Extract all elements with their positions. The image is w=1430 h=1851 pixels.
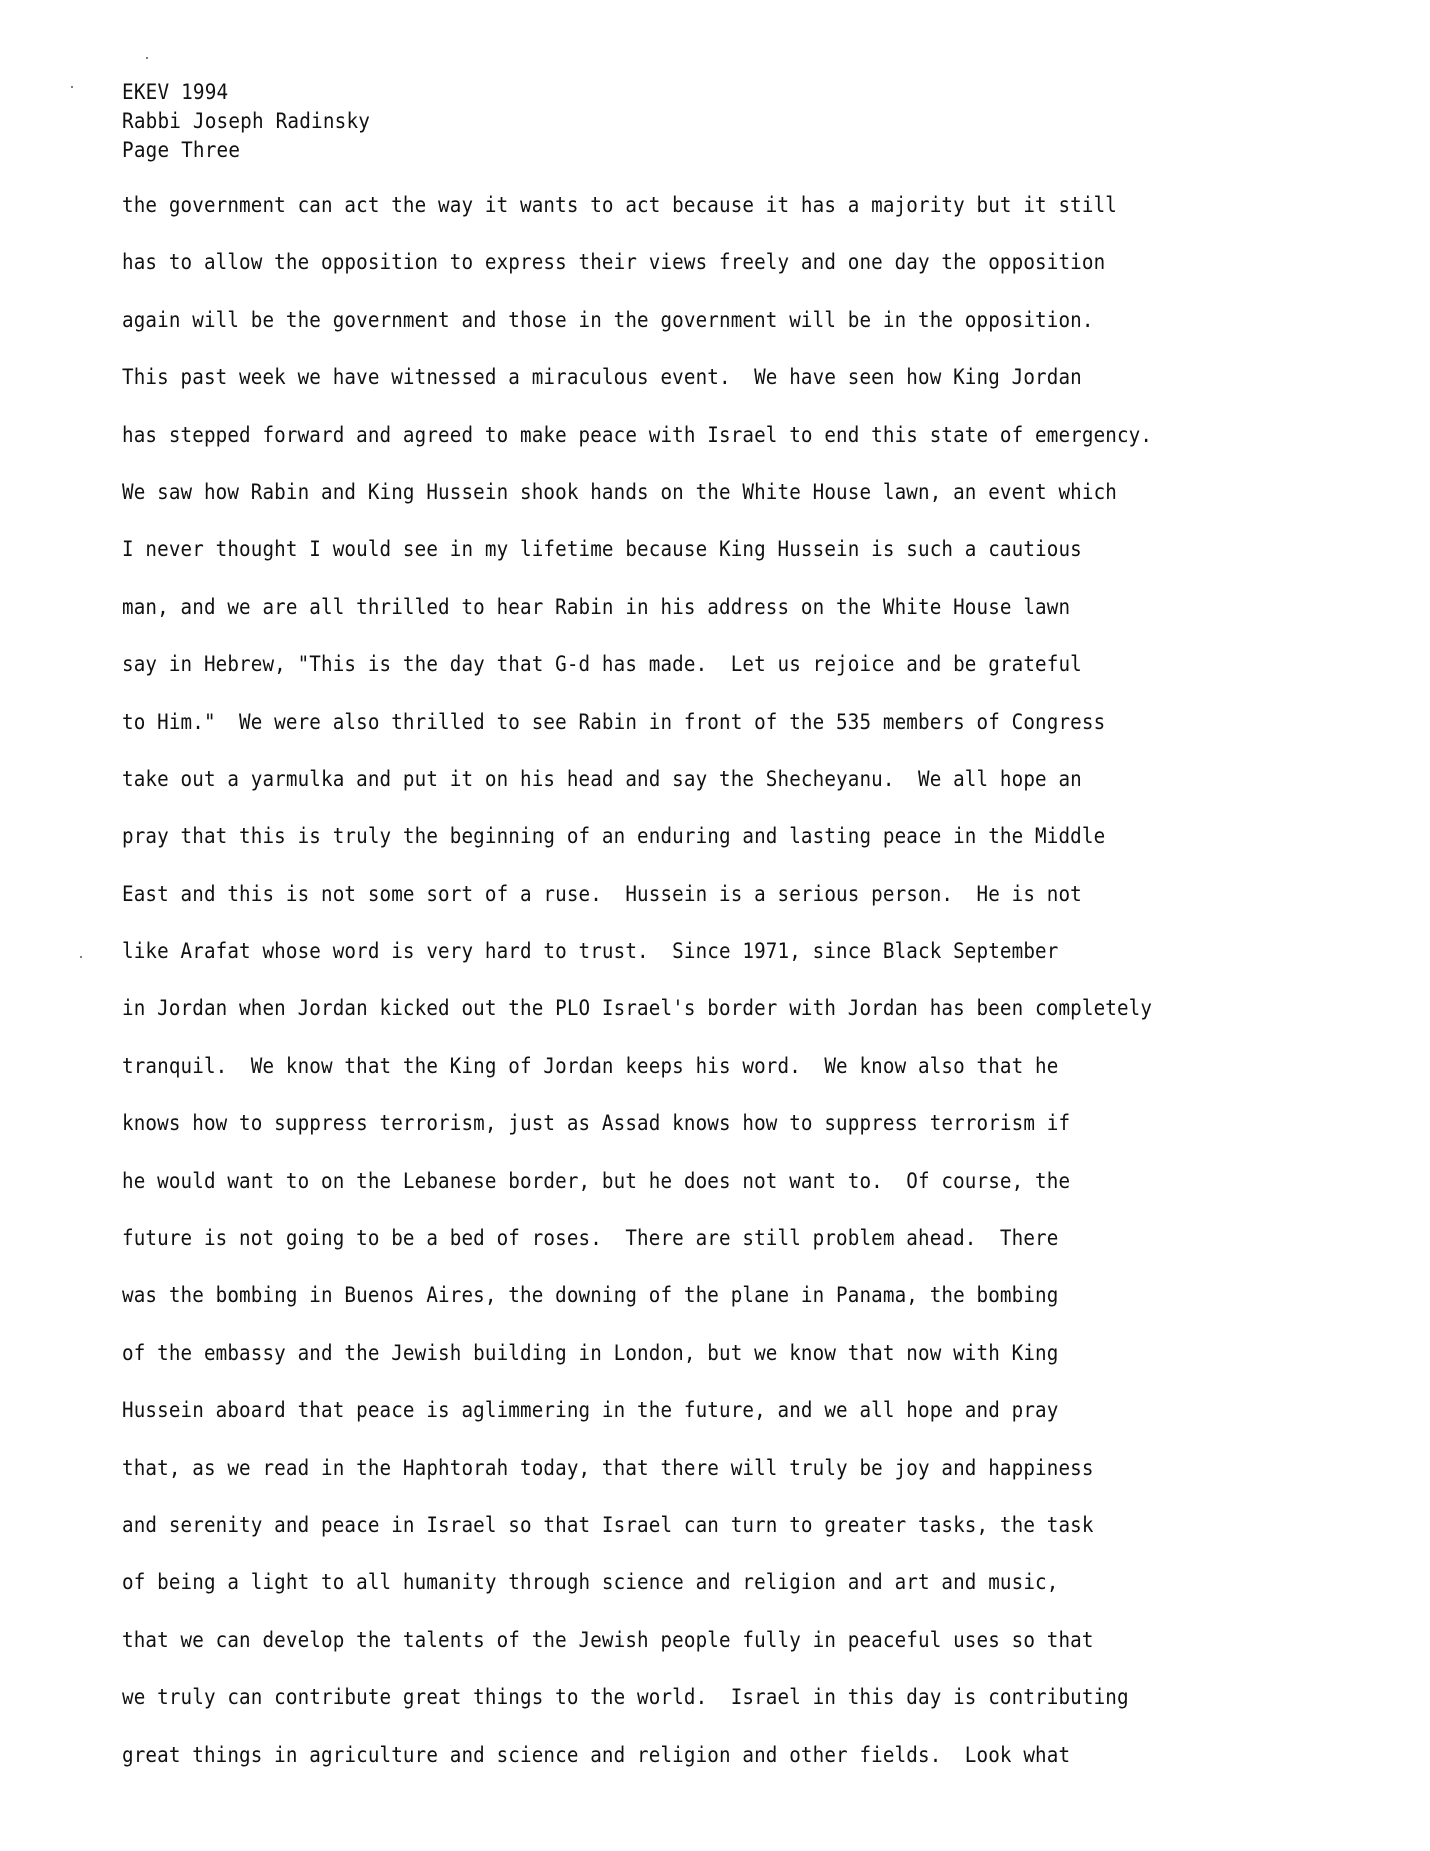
text-line: we truly can contribute great things to …	[122, 1682, 1312, 1739]
text-line: I never thought I would see in my lifeti…	[122, 534, 1312, 591]
text-line: of the embassy and the Jewish building i…	[122, 1338, 1312, 1395]
text-line: that we can develop the talents of the J…	[122, 1625, 1312, 1682]
text-line: say in Hebrew, "This is the day that G-d…	[122, 649, 1312, 706]
text-line: man, and we are all thrilled to hear Rab…	[122, 592, 1312, 649]
text-line: in Jordan when Jordan kicked out the PLO…	[122, 993, 1312, 1050]
text-line: that, as we read in the Haphtorah today,…	[122, 1453, 1312, 1510]
text-line: the government can act the way it wants …	[122, 190, 1312, 247]
text-line: great things in agriculture and science …	[122, 1740, 1312, 1797]
text-line: Hussein aboard that peace is aglimmering…	[122, 1395, 1312, 1452]
text-line: and serenity and peace in Israel so that…	[122, 1510, 1312, 1567]
scan-speck	[80, 956, 82, 958]
document-page: EKEV 1994 Rabbi Joseph Radinsky Page Thr…	[0, 0, 1430, 1851]
text-line: he would want to on the Lebanese border,…	[122, 1166, 1312, 1223]
text-line: knows how to suppress terrorism, just as…	[122, 1108, 1312, 1165]
text-line: pray that this is truly the beginning of…	[122, 821, 1312, 878]
text-line: was the bombing in Buenos Aires, the dow…	[122, 1280, 1312, 1337]
text-line: has to allow the opposition to express t…	[122, 247, 1312, 304]
text-line: take out a yarmulka and put it on his he…	[122, 764, 1312, 821]
text-line: has stepped forward and agreed to make p…	[122, 420, 1312, 477]
text-line: future is not going to be a bed of roses…	[122, 1223, 1312, 1280]
document-body: the government can act the way it wants …	[122, 190, 1422, 1797]
header-author: Rabbi Joseph Radinsky	[122, 107, 370, 136]
scan-speck	[71, 86, 73, 88]
text-line: tranquil. We know that the King of Jorda…	[122, 1051, 1312, 1108]
text-line: like Arafat whose word is very hard to t…	[122, 936, 1312, 993]
header-title: EKEV 1994	[122, 78, 370, 107]
text-line: again will be the government and those i…	[122, 305, 1312, 362]
text-line: This past week we have witnessed a mirac…	[122, 362, 1312, 419]
text-line: We saw how Rabin and King Hussein shook …	[122, 477, 1312, 534]
text-line: East and this is not some sort of a ruse…	[122, 879, 1312, 936]
scan-speck	[146, 57, 148, 59]
text-line: to Him." We were also thrilled to see Ra…	[122, 707, 1312, 764]
text-line: of being a light to all humanity through…	[122, 1567, 1312, 1624]
header-page-number: Page Three	[122, 136, 370, 165]
document-header: EKEV 1994 Rabbi Joseph Radinsky Page Thr…	[122, 78, 370, 165]
